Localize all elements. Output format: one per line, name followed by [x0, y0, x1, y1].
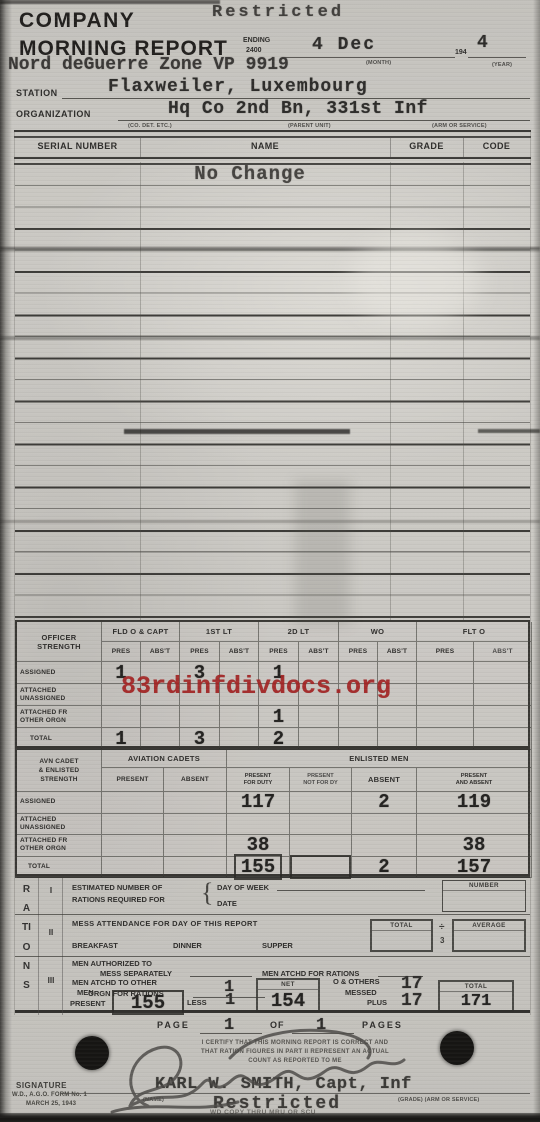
day-of-week-label: DAY OF WEEK — [217, 883, 269, 892]
enlisted-cell — [102, 792, 164, 814]
mess-average-box-label: AVERAGE — [454, 921, 524, 931]
enlisted-cell — [164, 814, 227, 836]
roster-top-rule — [14, 130, 531, 138]
date-label: DATE — [217, 899, 237, 908]
enlisted-cell — [102, 814, 164, 836]
rations-total-value: 171 — [440, 992, 512, 1011]
rations-col-line — [62, 878, 63, 1015]
enlisted-cell — [290, 835, 352, 857]
supper-label: SUPPER — [262, 941, 293, 950]
roster-col-serial: SERIAL NUMBER — [15, 141, 140, 151]
officer-sub-pres: PRES — [180, 642, 220, 662]
men-present-value: 155 — [131, 992, 165, 1014]
cadets-sub-present: PRESENT — [102, 768, 164, 792]
page-label: PAGE — [157, 1020, 190, 1030]
grade-sub-label: (GRADE) (ARM OR SERVICE) — [398, 1097, 479, 1103]
plus-value: 17 — [401, 991, 423, 1011]
mess-total-box-label: TOTAL — [372, 921, 431, 931]
breakfast-label: BREAKFAST — [72, 941, 118, 950]
roster-entry-underline — [15, 185, 530, 186]
date-typed: 4 Dec — [312, 35, 376, 55]
station-label: STATION — [16, 88, 58, 98]
roster-column-line — [463, 162, 464, 620]
officer-cell — [141, 728, 180, 750]
roster-col-name: NAME — [140, 141, 390, 151]
officer-cell — [417, 684, 474, 706]
left-edge-shadow — [0, 0, 12, 1122]
roster-col-code: CODE — [463, 141, 530, 151]
roster-column-line — [390, 162, 391, 620]
officer-cell — [339, 706, 378, 728]
roster-entry-no-change: No Change — [150, 163, 350, 185]
officer-row-label: ATTACHED UNASSIGNED — [17, 684, 102, 706]
officer-row-label-text: ATTACHED — [20, 687, 56, 695]
net-box-label: NET — [258, 980, 318, 990]
officer-cell — [102, 706, 141, 728]
enlisted-label-l1: AVN CADET — [39, 757, 78, 766]
enlisted-row-label-text2: UNASSIGNED — [20, 824, 65, 832]
officer-cell — [299, 728, 339, 750]
officer-cell — [220, 706, 259, 728]
zone-typed: Nord deGuerre Zone VP 9919 — [8, 55, 289, 75]
plus-label: PLUS — [367, 998, 387, 1007]
enlisted-cell: 157 — [417, 857, 532, 879]
enlisted-row-label: ATTACHED UNASSIGNED — [17, 814, 102, 836]
sub-pfd-l2: FOR DUTY — [244, 780, 273, 787]
roster-column-line — [140, 162, 141, 620]
officer-strength-label: OFFICER STRENGTH — [17, 622, 102, 662]
enlisted-row-label-text2: OTHER ORGN — [20, 845, 66, 853]
section-iii-numeral: III — [44, 976, 58, 985]
officer-cell — [417, 728, 474, 750]
month-sub-label: (MONTH) — [366, 60, 391, 66]
dinner-label: DINNER — [173, 941, 202, 950]
signature-label: SIGNATURE — [16, 1081, 67, 1090]
enlisted-cell — [290, 857, 352, 879]
section-i-numeral: I — [44, 886, 58, 895]
enlisted-row-label: TOTAL — [17, 857, 102, 879]
sub-pnfd-l2: NOT FOR DY — [303, 780, 338, 787]
enlisted-cell — [164, 835, 227, 857]
enlisted-cell — [352, 814, 417, 836]
rations-estimated-l1: ESTIMATED NUMBER OF — [72, 883, 162, 892]
officer-group-2d-lt: 2D LT — [259, 622, 339, 642]
enlisted-cell — [164, 792, 227, 814]
scan-streak — [478, 429, 540, 433]
officer-sub-abst: ABS'T — [220, 642, 259, 662]
enlisted-cell — [417, 814, 532, 836]
form-number: W.D., A.G.O. FORM No. 1 — [12, 1092, 87, 1098]
officer-group-flt-o: FLT O — [417, 622, 532, 642]
officer-sub-abst: ABS'T — [474, 642, 532, 662]
form-date: MARCH 25, 1943 — [26, 1101, 76, 1107]
brace-glyph: { — [201, 878, 213, 908]
enlisted-cell: 119 — [417, 792, 532, 814]
officer-cell — [474, 706, 532, 728]
punch-hole-left — [75, 1036, 109, 1070]
scan-streak — [0, 246, 540, 252]
rations-row-line — [15, 956, 530, 957]
roster-empty-lines — [15, 187, 530, 620]
net-value: 154 — [258, 990, 318, 1012]
sub-pa-l2: AND ABSENT — [456, 780, 492, 787]
enlisted-sub-absent: ABSENT — [352, 768, 417, 792]
officer-cell: 1 — [102, 728, 141, 750]
cert-line-2: THAT RATION FIGURES IN PART II REPRESENT… — [140, 1048, 450, 1057]
officer-cell — [141, 706, 180, 728]
mess-separately-underline — [190, 966, 252, 977]
form-title-line1: COMPANY — [19, 9, 135, 33]
enlisted-cell: 38 — [417, 835, 532, 857]
rations-total-box: TOTAL 171 — [438, 980, 514, 1012]
officer-strength-label-l1: OFFICER — [41, 633, 76, 642]
mess-average-box: AVERAGE — [452, 919, 526, 952]
scan-light-blob — [350, 235, 480, 325]
number-box-label: NUMBER — [443, 881, 525, 891]
men-authorized-label: MEN AUTHORIZED TO — [72, 959, 152, 968]
officer-row-label-text: ASSIGNED — [20, 669, 56, 677]
officer-sub-abst: ABS'T — [141, 642, 180, 662]
rations-section: RATIONS I II III ESTIMATED NUMBER OF RAT… — [15, 876, 530, 1013]
organization-label: ORGANIZATION — [16, 109, 91, 119]
officer-cell — [378, 706, 417, 728]
officer-group-fldo-capt: FLD O & CAPT — [102, 622, 180, 642]
officer-group-wo: WO — [339, 622, 417, 642]
rations-side-label: RATIONS — [21, 880, 32, 995]
officer-row-label-text2: OTHER ORGN — [20, 717, 66, 725]
enlisted-cell — [102, 835, 164, 857]
organization-typed: Hq Co 2nd Bn, 331st Inf — [168, 99, 428, 119]
roster-col-grade: GRADE — [390, 141, 463, 151]
officer-group-1st-lt: 1ST LT — [180, 622, 259, 642]
enlisted-strength-table: AVN CADET & ENLISTED STRENGTH AVIATION C… — [15, 748, 530, 876]
rations-estimated-l2: RATIONS REQUIRED FOR — [72, 895, 165, 904]
enlisted-cell: 2 — [352, 792, 417, 814]
officer-sub-abst: ABS'T — [299, 642, 339, 662]
officer-row-label-text: ATTACHED FR — [20, 709, 67, 717]
officer-cell: 3 — [180, 728, 220, 750]
form-right-edge-line — [530, 131, 531, 1015]
enlisted-sub-present-and-absent: PRESENT AND ABSENT — [417, 768, 532, 792]
sub-label-co-det: (CO. DET. ETC.) — [128, 123, 172, 129]
ending-time: 2400 — [246, 47, 262, 54]
less-label: LESS — [187, 998, 207, 1007]
rations-row-line — [15, 914, 530, 915]
name-sub-label: (NAME) — [143, 1097, 164, 1103]
mess-total-box: TOTAL — [370, 919, 433, 952]
enlisted-cell — [102, 857, 164, 879]
group-enlisted-men: ENLISTED MEN — [227, 750, 532, 768]
enlisted-cell — [164, 857, 227, 879]
officer-sub-abst: ABS'T — [378, 642, 417, 662]
enlisted-cell: 155 — [227, 857, 290, 879]
officer-sub-pres: PRES — [102, 642, 141, 662]
officer-sub-pres: PRES — [339, 642, 378, 662]
watermark: 83rdinfdivdocs.org — [121, 672, 391, 701]
officer-cell — [378, 728, 417, 750]
station-typed: Flaxweiler, Luxembourg — [108, 77, 368, 97]
officer-cell — [474, 662, 532, 684]
page-value: 1 — [224, 1016, 234, 1035]
year-prefix: 194 — [455, 49, 467, 56]
enlisted-cell: 117 — [227, 792, 290, 814]
day-of-week-underline — [277, 880, 425, 891]
officer-sub-pres: PRES — [417, 642, 474, 662]
year-sub-label: (YEAR) — [492, 62, 512, 68]
officer-cell — [417, 706, 474, 728]
men-present-l1: MEN — [77, 988, 94, 997]
pages-value: 1 — [316, 1016, 326, 1035]
officer-cell — [299, 706, 339, 728]
cadets-sub-absent: ABSENT — [164, 768, 227, 792]
men-present-l2: PRESENT — [70, 999, 105, 1008]
enlisted-cell: 2 — [352, 857, 417, 879]
cert-line-3: COUNT AS REPORTED TO ME — [140, 1057, 450, 1066]
sub-label-parent-unit: (PARENT UNIT) — [288, 123, 331, 129]
enlisted-cell — [290, 792, 352, 814]
officer-cell — [220, 728, 259, 750]
officer-cell — [474, 684, 532, 706]
scan-shadow-blob — [295, 480, 350, 625]
enlisted-row-label: ASSIGNED — [17, 792, 102, 814]
enlisted-label-l3: STRENGTH — [40, 775, 77, 784]
enlisted-row-label-text: ASSIGNED — [20, 798, 56, 806]
enlisted-row-label: ATTACHED FR OTHER ORGN — [17, 835, 102, 857]
officer-row-label: ATTACHED FR OTHER ORGN — [17, 706, 102, 728]
officer-cell — [474, 728, 532, 750]
pages-label: PAGES — [362, 1020, 403, 1030]
o-and-others-l1: O & OTHERS — [333, 977, 380, 986]
enlisted-cell — [290, 814, 352, 836]
cert-line-1: I CERTIFY THAT THIS MORNING REPORT IS CO… — [140, 1039, 450, 1048]
restricted-banner-top: Restricted — [212, 3, 344, 22]
officer-sub-pres: PRES — [259, 642, 299, 662]
punch-hole-right — [440, 1031, 474, 1065]
enlisted-row-label-text: TOTAL — [20, 863, 50, 871]
officer-cell — [339, 728, 378, 750]
officer-cell — [417, 662, 474, 684]
o-and-others-l2: MESSED — [345, 988, 377, 997]
officer-row-label-text2: UNASSIGNED — [20, 695, 65, 703]
top-edge-shadow — [0, 0, 220, 4]
enlisted-sub-present-not-for-duty: PRESENT NOT FOR DY — [290, 768, 352, 792]
morning-report-scan: Restricted COMPANY MORNING REPORT ENDING… — [0, 0, 540, 1122]
mess-separately-label: MESS SEPARATELY — [100, 969, 172, 978]
enlisted-label-l2: & ENLISTED — [39, 766, 80, 775]
enlisted-row-label-text: ATTACHED FR — [20, 837, 67, 845]
scan-streak — [124, 429, 350, 434]
men-atchd-other-l1: MEN ATCHD TO OTHER — [72, 978, 157, 987]
enlisted-sub-present-for-duty: PRESENT FOR DUTY — [227, 768, 290, 792]
of-label: OF — [270, 1020, 285, 1030]
divide-sign: ÷ — [439, 922, 445, 933]
signed-name-typed: KARL W. SMITH, Capt, Inf — [155, 1075, 412, 1094]
enlisted-row-label-text: ATTACHED — [20, 816, 56, 824]
wd-copy-line: WD COPY THRU MRU OR SCU — [210, 1109, 316, 1116]
ending-label: ENDING — [243, 37, 270, 44]
officer-cell: 2 — [259, 728, 299, 750]
officer-row-label: ASSIGNED — [17, 662, 102, 684]
officer-cell — [180, 706, 220, 728]
scan-streak — [0, 520, 540, 523]
enlisted-strength-label: AVN CADET & ENLISTED STRENGTH — [17, 750, 102, 792]
right-edge-shadow — [533, 0, 540, 1122]
men-present-boxed-value: 155 — [112, 990, 184, 1015]
enlisted-cell — [352, 835, 417, 857]
year-typed: 4 — [477, 33, 488, 53]
sub-label-arm-service: (ARM OR SERVICE) — [432, 123, 487, 129]
officer-strength-label-l2: STRENGTH — [37, 642, 81, 651]
less-value: 1 — [225, 991, 235, 1010]
officer-cell: 1 — [259, 706, 299, 728]
net-box: NET 154 — [256, 978, 320, 1012]
officer-row-label: TOTAL — [17, 728, 102, 750]
number-box: NUMBER — [442, 880, 526, 912]
certification-text: I CERTIFY THAT THIS MORNING REPORT IS CO… — [140, 1039, 450, 1066]
enlisted-cell — [227, 814, 290, 836]
officer-row-label-text: TOTAL — [20, 735, 52, 743]
mess-attendance-title: MESS ATTENDANCE FOR DAY OF THIS REPORT — [72, 919, 258, 928]
rations-col-line — [38, 878, 39, 1015]
divide-by-three: 3 — [440, 936, 444, 945]
scan-streak — [0, 336, 540, 340]
rations-total-box-label: TOTAL — [440, 982, 512, 992]
group-aviation-cadets: AVIATION CADETS — [102, 750, 227, 768]
section-ii-numeral: II — [44, 928, 58, 937]
